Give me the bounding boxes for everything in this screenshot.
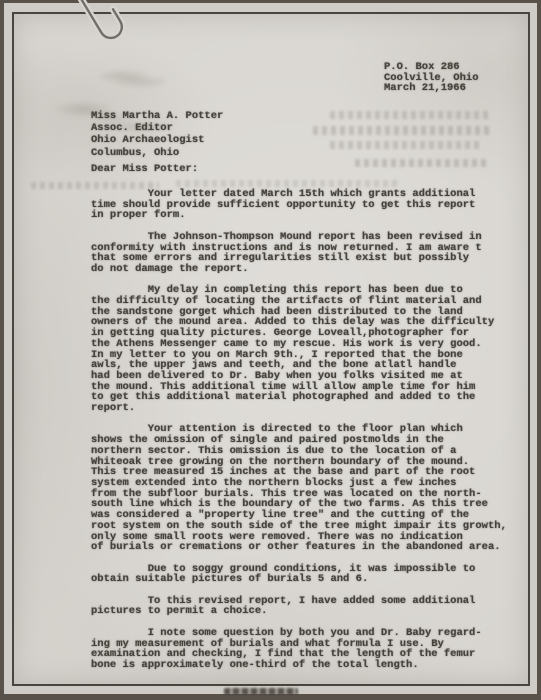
sender-address: P.O. Box 286 Coolville, Ohio March 21,19… xyxy=(384,62,479,94)
ghost-text-line xyxy=(330,141,482,149)
cutoff-closing-smudge xyxy=(224,688,298,695)
ghost-text-line xyxy=(330,111,490,119)
ghost-text-line xyxy=(355,159,487,167)
scanned-letter-page: P.O. Box 286 Coolville, Ohio March 21,19… xyxy=(0,0,541,700)
letter-body: Your letter dated March 15th which grant… xyxy=(91,189,507,671)
pencil-smudge xyxy=(100,70,166,88)
salutation: Dear Miss Potter: xyxy=(91,164,198,175)
ghost-text-line xyxy=(313,126,491,135)
recipient-address: Miss Martha A. Potter Assoc. Editor Ohio… xyxy=(91,110,223,159)
ghost-text-line xyxy=(176,180,401,187)
